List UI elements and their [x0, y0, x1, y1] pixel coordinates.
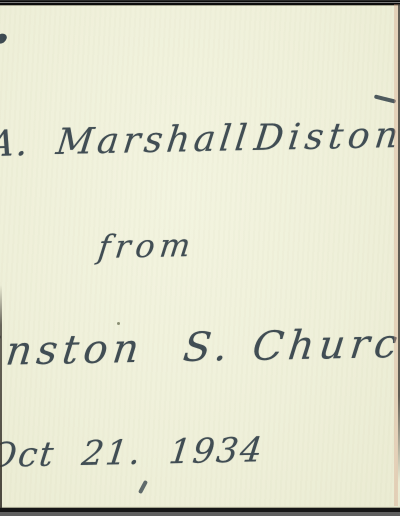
flyleaf-paper: A. Marshall Diston from Winston S. Churc… — [0, 0, 400, 516]
photo-border-bottom — [0, 506, 400, 516]
handwriting-signature-first-names: Winston S. — [0, 324, 235, 376]
ink-flourish-stroke — [374, 94, 396, 103]
ink-mark-left-edge — [0, 31, 8, 45]
photo-border-top — [0, 0, 400, 6]
handwriting-recipient-name: Marshall — [54, 118, 253, 163]
handwriting-date: Oct 21. 1934 — [0, 430, 266, 476]
inscription-photo: A. Marshall Diston from Winston S. Churc… — [0, 0, 400, 516]
ink-descender-tail — [138, 480, 148, 494]
handwriting-signature-surname: Churchill — [250, 319, 400, 370]
handwriting-recipient-surname: Diston — [252, 115, 400, 159]
handwriting-from-word: from — [96, 226, 198, 266]
photo-edge-left — [0, 285, 2, 508]
handwriting-recipient-initial: A. — [0, 123, 32, 165]
paper-speck — [117, 322, 120, 325]
